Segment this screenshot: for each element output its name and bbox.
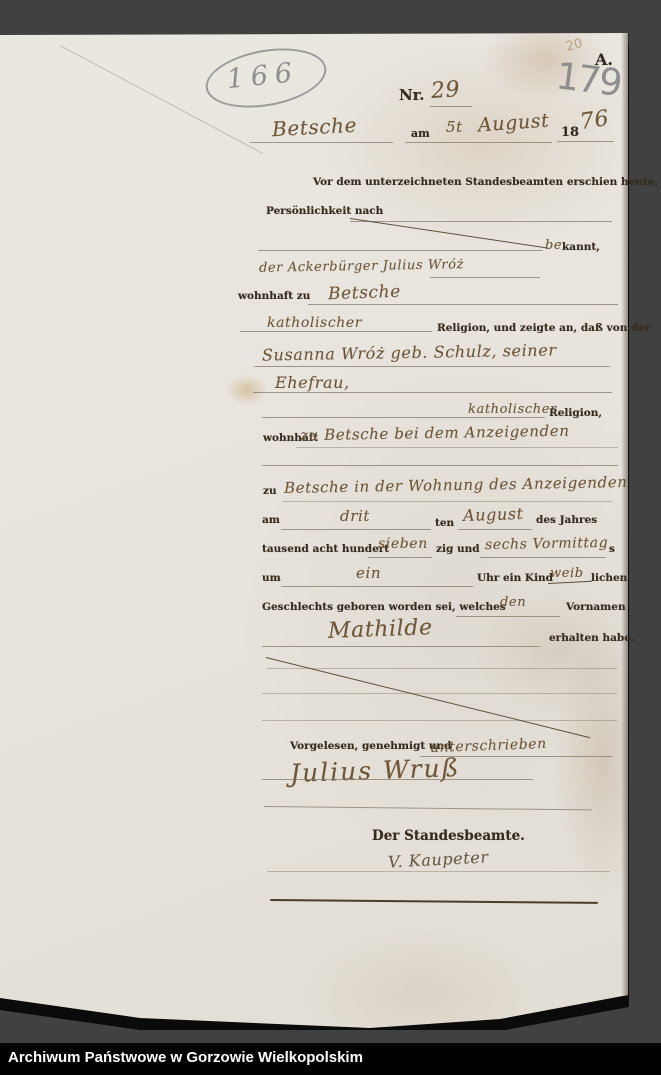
ten-label: ten — [435, 517, 454, 529]
be-hand: be — [545, 238, 562, 253]
des-jahres-label: des Jahres — [536, 514, 597, 526]
ehefrau-hand: Ehefrau, — [275, 373, 350, 392]
hour-hand: ein — [356, 564, 381, 582]
article-hand: den — [500, 595, 526, 610]
footer-label: Archiwum Państwowe w Gorzowie Wielkopols… — [8, 1049, 363, 1066]
lichen-label: lichen — [591, 572, 627, 584]
kannt-printed: kannt, — [562, 241, 600, 253]
child-name-hand: Mathilde — [328, 615, 433, 644]
s-suffix-label: s — [609, 543, 615, 555]
declarant-signature: Julius Wruß — [290, 753, 461, 788]
um-label: um — [262, 572, 281, 584]
birthday-hand: drit — [340, 507, 370, 525]
gender-hand: weib — [550, 566, 584, 581]
birthmonth-hand: August — [463, 504, 524, 525]
uhr-ein-kind-label: Uhr ein Kind — [477, 572, 553, 584]
am-label: am — [411, 127, 430, 140]
zu-label: zu — [263, 485, 277, 497]
standesbeamte-label: Der Standesbeamte. — [372, 828, 525, 844]
religion1-printed: Religion, und zeigte an, daß von der — [437, 322, 651, 334]
viewer-backdrop: 166 20 179 A. Nr. 29 Betsche am 5t Augus… — [0, 0, 661, 1075]
day-hand: 5t — [446, 118, 463, 136]
year-hand: 76 — [578, 106, 610, 135]
intro-printed: Vor dem unterzeichneten Standesbeamten e… — [313, 176, 661, 188]
vorgelesen-label: Vorgelesen, genehmigt und — [290, 740, 451, 752]
religion2-hand: katholischer — [468, 402, 557, 417]
religion1-hand: katholischer — [267, 315, 362, 331]
record-number-value: 29 — [430, 77, 461, 104]
year-printed: 18 — [561, 125, 579, 140]
vornamen-label: Vornamen — [566, 601, 626, 613]
wohnhaft-zu-label: wohnhaft zu — [238, 290, 310, 302]
tens-hand: sieben — [378, 536, 428, 552]
units-hand: sechs Vormittag — [485, 535, 608, 553]
pencil-oval-number: 166 — [225, 57, 300, 95]
geschlechts-label: Geschlechts geboren worden sei, welches — [262, 601, 506, 613]
am2-label: am — [262, 514, 280, 526]
viewer-bottom-gap — [0, 1030, 661, 1043]
footer-bar: Archiwum Państwowe w Gorzowie Wielkopols… — [0, 1043, 661, 1075]
religion2-printed: Religion, — [549, 407, 602, 419]
corner-letter: A. — [595, 50, 613, 69]
erhalten-habe-label: erhalten habe. — [549, 632, 635, 644]
personality-label: Persönlichkeit nach — [266, 205, 383, 217]
place-hand: Betsche — [271, 113, 357, 141]
residence-hand: Betsche — [328, 282, 401, 305]
zig-und-label: zig und — [436, 543, 480, 555]
record-number-label: Nr. — [399, 86, 424, 104]
tausend-label: tausend acht hundert — [262, 543, 389, 555]
